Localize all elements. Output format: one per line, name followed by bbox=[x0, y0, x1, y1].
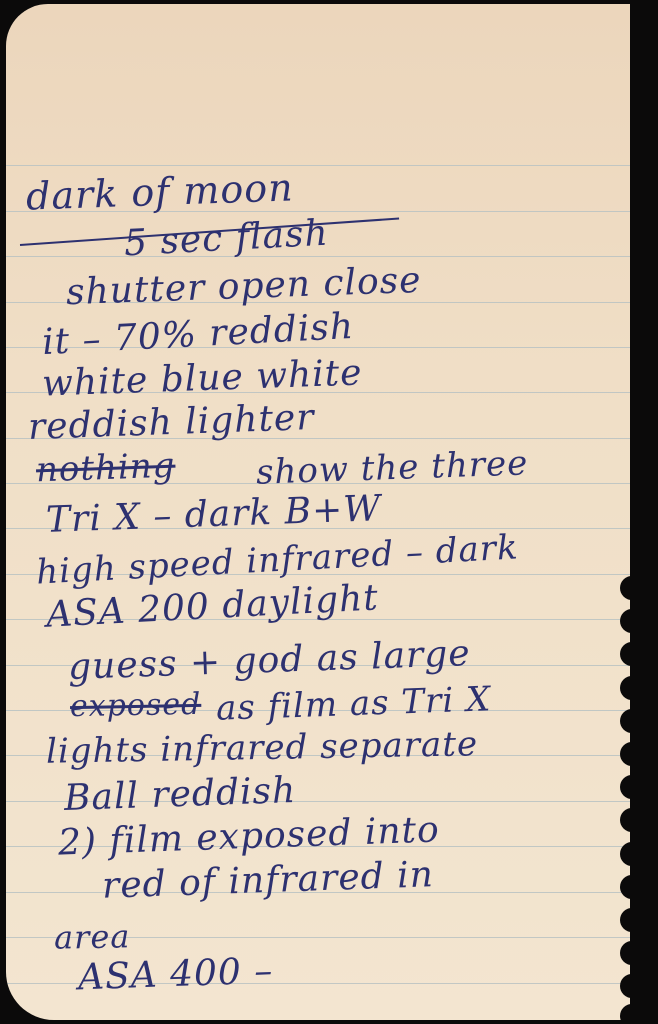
punch-hole bbox=[620, 941, 630, 965]
punch-hole bbox=[620, 642, 630, 666]
note-line: shutter open close bbox=[65, 260, 422, 313]
note-line: Ball reddish bbox=[63, 770, 296, 819]
punch-hole bbox=[620, 808, 630, 832]
punch-hole bbox=[620, 875, 630, 899]
punch-hole bbox=[620, 1004, 630, 1020]
binding-holes bbox=[600, 4, 630, 1020]
note-line: show the three bbox=[255, 443, 529, 492]
notebook-page: dark of moon 5 sec flash shutter open cl… bbox=[6, 4, 630, 1020]
ruled-line bbox=[6, 256, 630, 257]
note-line-struck: nothing bbox=[35, 446, 176, 491]
punch-hole bbox=[620, 609, 630, 633]
note-line: guess + god as large bbox=[67, 633, 471, 688]
note-title: dark of moon bbox=[25, 165, 294, 218]
note-line-struck: exposed bbox=[70, 687, 202, 724]
punch-hole bbox=[620, 709, 630, 733]
note-line: as film as Tri X bbox=[215, 679, 491, 729]
note-line: area bbox=[54, 917, 131, 956]
punch-hole bbox=[620, 676, 630, 700]
punch-hole bbox=[620, 974, 630, 998]
ruled-line bbox=[6, 165, 630, 166]
punch-hole bbox=[620, 742, 630, 766]
punch-hole bbox=[620, 775, 630, 799]
punch-hole bbox=[620, 576, 630, 600]
note-line: red of infrared in bbox=[101, 854, 434, 907]
note-line: reddish lighter bbox=[27, 397, 315, 448]
punch-hole bbox=[620, 908, 630, 932]
punch-hole bbox=[620, 842, 630, 866]
note-line: Tri X – dark B+W bbox=[45, 488, 382, 541]
note-line: ASA 400 – bbox=[77, 951, 274, 999]
note-line: lights infrared separate bbox=[46, 724, 479, 772]
